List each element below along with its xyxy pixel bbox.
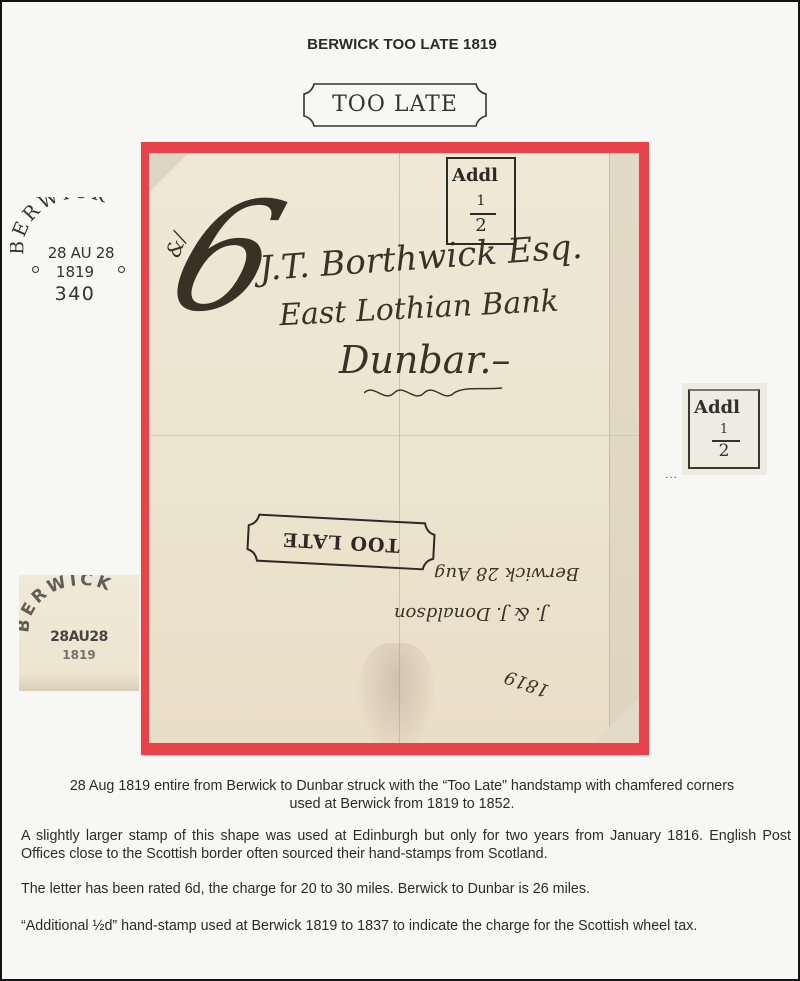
berwick-datestamp-closeup: BERWICK 28AU28 1819 bbox=[19, 575, 139, 691]
addl-denominator: 2 bbox=[448, 215, 514, 236]
fold-line bbox=[149, 435, 639, 436]
berwick-replica-datestamp: BERWICK 28 AU 28 1819 340 bbox=[10, 197, 140, 317]
too-late-replica-text: TOO LATE bbox=[302, 82, 488, 128]
docket-year: 1819 bbox=[502, 666, 552, 701]
addl-closeup-numerator: 1 bbox=[690, 422, 758, 437]
entire-letter: &/ 6 J.T. Borthwick Esq. East Lothian Ba… bbox=[149, 153, 639, 743]
addressee-line-2: East Lothian Bank bbox=[278, 284, 559, 334]
caption-paragraph-3: The letter has been rated 6d, the charge… bbox=[21, 880, 791, 898]
album-page: BERWICK TOO LATE 1819 TOO LATE BERWICK 2… bbox=[0, 0, 800, 981]
addressee-name: J.T. Borthwick Esq. bbox=[258, 227, 584, 289]
addl-word: Addl bbox=[452, 165, 498, 186]
too-late-replica-stamp: TOO LATE bbox=[302, 82, 488, 128]
berwick-closeup-arc: BERWICK bbox=[19, 575, 139, 635]
seal-stain bbox=[359, 643, 434, 743]
mount-corner bbox=[149, 153, 189, 193]
addressee-town: Dunbar.– bbox=[339, 338, 510, 382]
svg-text:BERWICK: BERWICK bbox=[19, 575, 116, 634]
addl-closeup-frame: Addl 1 2 bbox=[688, 389, 760, 469]
berwick-replica-date: 28 AU 28 bbox=[10, 244, 140, 262]
caption-paragraph-2: A slightly larger stamp of this shape wa… bbox=[21, 827, 791, 863]
circle-ornament-icon bbox=[118, 266, 125, 273]
additional-half-penny-stamp: Addl 1 2 bbox=[446, 157, 516, 245]
caption-1-line-1: 28 Aug 1819 entire from Berwick to Dunba… bbox=[70, 778, 734, 794]
addl-numerator: 1 bbox=[448, 193, 514, 209]
too-late-struck-text: TOO LATE bbox=[245, 512, 437, 572]
docket-date: Berwick 28 Aug bbox=[434, 563, 579, 584]
too-late-struck-stamp: TOO LATE bbox=[245, 512, 437, 572]
addl-closeup-word: Addl bbox=[694, 397, 740, 418]
flourish-underline-icon bbox=[364, 378, 504, 408]
docket-sender: J. & J. Donaldson bbox=[394, 603, 547, 624]
addl-closeup-denominator: 2 bbox=[690, 441, 758, 461]
caption-paragraph-1: 28 Aug 1819 entire from Berwick to Dunba… bbox=[2, 777, 800, 813]
addl-stamp-closeup: Addl 1 2 bbox=[682, 383, 767, 475]
berwick-closeup-year: 1819 bbox=[19, 648, 139, 662]
red-mount: &/ 6 J.T. Borthwick Esq. East Lothian Ba… bbox=[141, 142, 649, 755]
caption-1-line-2: used at Berwick from 1819 to 1852. bbox=[2, 795, 800, 813]
ellipsis-mark: ... bbox=[665, 467, 678, 481]
caption-paragraph-4: “Additional ½d” hand-stamp used at Berwi… bbox=[21, 917, 791, 935]
page-title: BERWICK TOO LATE 1819 bbox=[2, 36, 800, 53]
berwick-closeup-date: 28AU28 bbox=[19, 629, 139, 645]
letter-flap bbox=[609, 153, 639, 743]
berwick-replica-number: 340 bbox=[10, 283, 140, 305]
